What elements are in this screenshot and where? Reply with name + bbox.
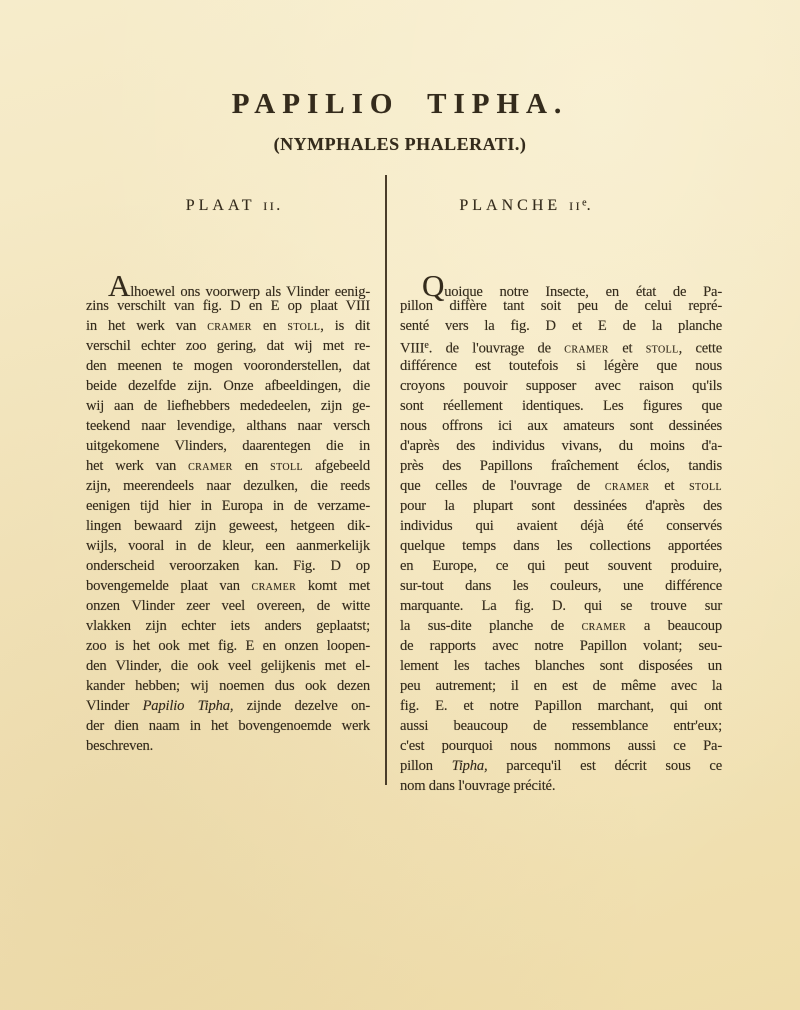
small-caps-name: cramer xyxy=(207,318,252,334)
small-caps-name: cramer xyxy=(564,341,609,357)
text-line: bovengemelde plaat van cramer komt met xyxy=(86,576,370,596)
text-line: zins verschilt van fig. D en E op plaat … xyxy=(86,296,370,316)
text-line: d'après des individus vivans, du moins d… xyxy=(400,436,722,456)
italic-species-name: Papilio Tipha, xyxy=(143,698,234,714)
text-line: de rapports avec notre Papillon volant; … xyxy=(400,636,722,656)
french-text-column: Quoique notre Insecte, en état de Pa-pil… xyxy=(400,276,722,796)
book-page: PAPILIO TIPHA. (NYMPHALES PHALERATI.) PL… xyxy=(0,0,800,1010)
text-line: uitgekomene Vlinders, daarentegen die in xyxy=(86,436,370,456)
text-line: zoo is het ook met fig. E en onzen loope… xyxy=(86,636,370,656)
right-column-heading: PLANCHE IIe. xyxy=(459,197,594,215)
text-line: peu autrement; il en est de même avec la xyxy=(400,676,722,696)
text-line: pour la plupart sont dessinées d'après d… xyxy=(400,496,722,516)
text-line: que celles de l'ouvrage de cramer et sto… xyxy=(400,476,722,496)
text-line: het werk van cramer en stoll afgebeeld xyxy=(86,456,370,476)
superscript: e xyxy=(424,340,428,351)
superscript: e xyxy=(582,198,586,209)
text-line: lement les taches blanches sont disposée… xyxy=(400,656,722,676)
text-line: aussi beaucoup de ressemblance entr'eux; xyxy=(400,716,722,736)
text-line: beschreven. xyxy=(86,736,370,756)
text-line: beide dezelfde zijn. Onze afbeeldingen, … xyxy=(86,376,370,396)
small-caps-name: stoll xyxy=(270,458,303,474)
small-caps-name: stoll xyxy=(689,478,722,494)
text-line: pillon Tipha, parcequ'il est décrit sous… xyxy=(400,756,722,776)
text-line: wij aan de liefhebbers mededeelen, zijn … xyxy=(86,396,370,416)
text-line: den Vlinder, die ook veel gelijkenis met… xyxy=(86,656,370,676)
text-line: fig. E. et notre Papillon marchant, qui … xyxy=(400,696,722,716)
text-line: in het werk van cramer en stoll, is dit xyxy=(86,316,370,336)
small-caps-name: cramer xyxy=(188,458,233,474)
text-line: individus qui avaient déjà été conservés xyxy=(400,516,722,536)
italic-species-name: Tipha, xyxy=(452,758,488,774)
text-line: la sus-dite planche de cramer a beaucoup xyxy=(400,616,722,636)
styled-text: II xyxy=(569,199,582,213)
text-line: vlakken zijn echter iets anders geplaats… xyxy=(86,616,370,636)
text-line: sont réellement identiques. Les figures … xyxy=(400,396,722,416)
small-caps-name: stoll xyxy=(287,318,320,334)
text-line: Vlinder Papilio Tipha, zijnde dezelve on… xyxy=(86,696,370,716)
column-divider-rule xyxy=(385,175,387,785)
text-line: en Europe, ce qui peut souvent produire, xyxy=(400,556,722,576)
text-line: Alhoewel ons voorwerp als Vlinder eenig- xyxy=(86,276,370,296)
dutch-text-column: Alhoewel ons voorwerp als Vlinder eenig-… xyxy=(86,276,370,756)
text-line: zijn, meerendeels naar dezulken, die ree… xyxy=(86,476,370,496)
text-line: c'est pourquoi nous nommons aussi ce Pa- xyxy=(400,736,722,756)
text-line: der dien naam in het bovengenoemde werk xyxy=(86,716,370,736)
left-column-heading: PLAAT II. xyxy=(186,197,285,215)
text-line: onderscheid veroorzaken kan. Fig. D op xyxy=(86,556,370,576)
text-line: sur-tout dans les couleurs, une différen… xyxy=(400,576,722,596)
text-line: nom dans l'ouvrage précité. xyxy=(400,776,722,796)
text-line: Quoique notre Insecte, en état de Pa- xyxy=(400,276,722,296)
page-subtitle: (NYMPHALES PHALERATI.) xyxy=(0,134,800,155)
styled-text: II xyxy=(263,199,276,213)
text-line: pillon diffère tant soit peu de celui re… xyxy=(400,296,722,316)
text-line: près des Papillons fraîchement éclos, ta… xyxy=(400,456,722,476)
text-line: marquante. La fig. D. qui se trouve sur xyxy=(400,596,722,616)
text-line: senté vers la fig. D et E de la planche xyxy=(400,316,722,336)
text-line: den meenen te mogen vooronderstellen, da… xyxy=(86,356,370,376)
small-caps-name: stoll xyxy=(646,341,679,357)
text-line: croyons pouvoir supposer avec raison qu'… xyxy=(400,376,722,396)
text-line: eenigen tijd hier in Europa in de verzam… xyxy=(86,496,370,516)
text-line: onzen Vlinder zeer veel overeen, de witt… xyxy=(86,596,370,616)
text-line: quelque temps dans les collections appor… xyxy=(400,536,722,556)
text-line: lingen bewaard zijn geweest, hetgeen dik… xyxy=(86,516,370,536)
text-line: différence est toutefois si légère que n… xyxy=(400,356,722,376)
text-line: wijls, vooral in de kleur, een aanmerkel… xyxy=(86,536,370,556)
small-caps-name: cramer xyxy=(252,578,297,594)
text-line: VIIIe. de l'ouvrage de cramer et stoll, … xyxy=(400,336,722,356)
text-line: verschil echter zoo gering, dat wij met … xyxy=(86,336,370,356)
text-line: teekend naar levendige, althans naar ver… xyxy=(86,416,370,436)
text-line: nous offrons ici aux amateurs sont dessi… xyxy=(400,416,722,436)
page-title: PAPILIO TIPHA. xyxy=(0,88,800,121)
text-line: kander hebben; wij noemen dus ook dezen xyxy=(86,676,370,696)
small-caps-name: cramer xyxy=(605,478,650,494)
small-caps-name: cramer xyxy=(582,618,627,634)
